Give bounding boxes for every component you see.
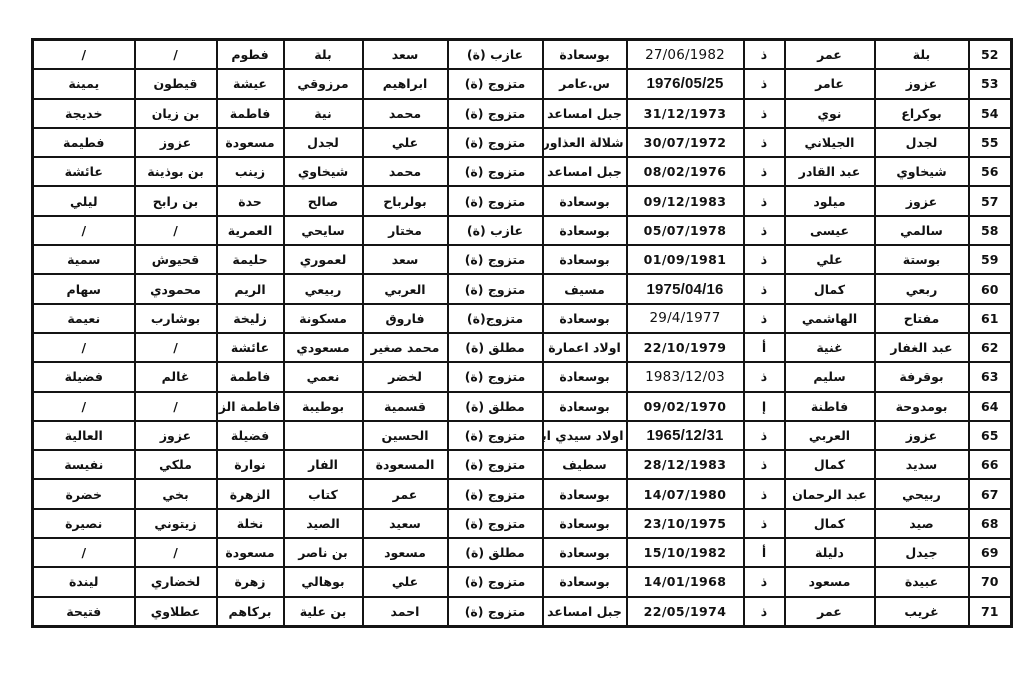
cell-letter: أ (744, 333, 785, 362)
table-row: 64بومدوحةفاطنةإ09/02/1970بوسعادةمطلق (ة)… (33, 392, 1012, 421)
cell-letter: ذ (744, 245, 785, 274)
table-row: 69جيدلدليلةأ15/10/1982بوسعادةمطلق (ة)مسع… (33, 538, 1012, 567)
cell-num: 55 (969, 128, 1012, 157)
cell-f4: عزوز (135, 421, 217, 450)
cell-letter: ذ (744, 40, 785, 70)
cell-f5: نصيرة (33, 509, 135, 538)
cell-f4: عزوز (135, 128, 217, 157)
cell-place: س.عامر (543, 69, 627, 98)
table-row: 70عبيدةمسعودذ14/01/1968بوسعادةمتزوج (ة)ع… (33, 567, 1012, 596)
cell-date: 22/05/1974 (627, 597, 744, 627)
cell-name1: مفتاح (875, 304, 969, 333)
cell-letter: ذ (744, 186, 785, 215)
records-table-body: 52بلةعمرذ27/06/1982بوسعادةعازب (ة)سعدبلة… (33, 40, 1012, 627)
cell-place: جبل امساعد (543, 157, 627, 186)
cell-date: 1983/12/03 (627, 362, 744, 391)
cell-f4: بن رابح (135, 186, 217, 215)
cell-status: متزوج (ة) (448, 99, 543, 128)
cell-f5: يمينة (33, 69, 135, 98)
cell-name2: دليلة (785, 538, 875, 567)
cell-f3: بركاهم (217, 597, 284, 627)
table-row: 58سالميعيسىذ05/07/1978بوسعادةعازب (ة)مخت… (33, 216, 1012, 245)
table-row: 60ربعيكمالذ1975/04/16مسيفمتزوج (ة)العربي… (33, 274, 1012, 303)
cell-date: 09/02/1970 (627, 392, 744, 421)
table-row: 59بوستةعليذ01/09/1981بوسعادةمتزوج (ة)سعد… (33, 245, 1012, 274)
cell-f5: خضرة (33, 479, 135, 508)
cell-status: متزوج (ة) (448, 274, 543, 303)
cell-place: بوسعادة (543, 216, 627, 245)
cell-num: 67 (969, 479, 1012, 508)
cell-f5: / (33, 216, 135, 245)
cell-num: 58 (969, 216, 1012, 245)
table-row: 66سديدكمالذ28/12/1983سطيفمتزوج (ة)المسعو… (33, 450, 1012, 479)
cell-place: بوسعادة (543, 186, 627, 215)
cell-f1: مسعود (363, 538, 448, 567)
cell-f4: عطلاوي (135, 597, 217, 627)
cell-date: 22/10/1979 (627, 333, 744, 362)
cell-f2: بن علية (284, 597, 363, 627)
cell-f1: محمد صغير (363, 333, 448, 362)
cell-f4: / (135, 392, 217, 421)
cell-name1: سديد (875, 450, 969, 479)
cell-place: بوسعادة (543, 479, 627, 508)
cell-name2: سليم (785, 362, 875, 391)
table-row: 68صيدكمالذ23/10/1975بوسعادةمتزوج (ة)سعيد… (33, 509, 1012, 538)
cell-letter: إ (744, 392, 785, 421)
cell-f2: شيخاوي (284, 157, 363, 186)
cell-name1: عزوز (875, 69, 969, 98)
cell-name1: صيد (875, 509, 969, 538)
cell-num: 70 (969, 567, 1012, 596)
cell-name1: عبد الغفار (875, 333, 969, 362)
cell-place: اولاد اعمارة (543, 333, 627, 362)
cell-date: 05/07/1978 (627, 216, 744, 245)
cell-f3: العمرية (217, 216, 284, 245)
cell-letter: ذ (744, 597, 785, 627)
cell-place: بوسعادة (543, 538, 627, 567)
cell-date: 09/12/1983 (627, 186, 744, 215)
cell-place: بوسعادة (543, 509, 627, 538)
table-row: 71غريبعمرذ22/05/1974جبل امساعدمتزوج (ة)ا… (33, 597, 1012, 627)
cell-f2: الصيد (284, 509, 363, 538)
cell-status: متزوج(ة) (448, 304, 543, 333)
cell-status: عازب (ة) (448, 40, 543, 70)
cell-f2: مرزوقي (284, 69, 363, 98)
cell-f4: / (135, 40, 217, 70)
cell-f3: زهرة (217, 567, 284, 596)
cell-place: شلالة العذاورة (543, 128, 627, 157)
cell-name1: بوقرفة (875, 362, 969, 391)
cell-num: 68 (969, 509, 1012, 538)
cell-name2: عمر (785, 597, 875, 627)
cell-name2: كمال (785, 274, 875, 303)
cell-f3: عيشة (217, 69, 284, 98)
cell-f5: نفيسة (33, 450, 135, 479)
cell-f3: نوارة (217, 450, 284, 479)
cell-place: جبل امساعد (543, 597, 627, 627)
cell-letter: ذ (744, 509, 785, 538)
cell-name1: بلة (875, 40, 969, 70)
cell-f3: نخلة (217, 509, 284, 538)
cell-f5: نعيمة (33, 304, 135, 333)
table-row: 52بلةعمرذ27/06/1982بوسعادةعازب (ة)سعدبلة… (33, 40, 1012, 70)
cell-name1: بوكراع (875, 99, 969, 128)
cell-name1: غريب (875, 597, 969, 627)
cell-f5: ليندة (33, 567, 135, 596)
cell-date: 1975/04/16 (627, 274, 744, 303)
cell-date: 1965/12/31 (627, 421, 744, 450)
cell-f2: صالح (284, 186, 363, 215)
cell-num: 59 (969, 245, 1012, 274)
cell-status: متزوج (ة) (448, 362, 543, 391)
cell-f1: سعيد (363, 509, 448, 538)
cell-place: سطيف (543, 450, 627, 479)
cell-date: 31/12/1973 (627, 99, 744, 128)
cell-letter: ذ (744, 304, 785, 333)
table-row: 67ربيحيعبد الرحمانذ14/07/1980بوسعادةمتزو… (33, 479, 1012, 508)
cell-date: 01/09/1981 (627, 245, 744, 274)
cell-date: 29/4/1977 (627, 304, 744, 333)
cell-num: 53 (969, 69, 1012, 98)
table-row: 63بوقرفةسليمذ1983/12/03بوسعادةمتزوج (ة)ل… (33, 362, 1012, 391)
cell-name2: فاطنة (785, 392, 875, 421)
table-row: 54بوكراعنويذ31/12/1973جبل امساعدمتزوج (ة… (33, 99, 1012, 128)
cell-f3: مسعودة (217, 538, 284, 567)
cell-date: 14/07/1980 (627, 479, 744, 508)
cell-num: 64 (969, 392, 1012, 421)
cell-f3: فاطمة (217, 362, 284, 391)
cell-f4: بوشارب (135, 304, 217, 333)
cell-status: متزوج (ة) (448, 421, 543, 450)
cell-f4: بن بوذينة (135, 157, 217, 186)
cell-f3: الريم (217, 274, 284, 303)
table-row: 55لجدلالجيلانيذ30/07/1972شلالة العذاورةم… (33, 128, 1012, 157)
cell-letter: ذ (744, 157, 785, 186)
cell-name2: مسعود (785, 567, 875, 596)
cell-f5: / (33, 538, 135, 567)
cell-f5: سهام (33, 274, 135, 303)
cell-status: متزوج (ة) (448, 186, 543, 215)
cell-f2: الفار (284, 450, 363, 479)
cell-f1: علي (363, 128, 448, 157)
cell-letter: ذ (744, 421, 785, 450)
cell-f2: نية (284, 99, 363, 128)
cell-name1: ربيحي (875, 479, 969, 508)
cell-name1: شيخاوي (875, 157, 969, 186)
cell-f1: فاروق (363, 304, 448, 333)
table-row: 62عبد الغفارغنيةأ22/10/1979اولاد اعمارةم… (33, 333, 1012, 362)
cell-f4: / (135, 216, 217, 245)
table-row: 61مفتاحالهاشميذ29/4/1977بوسعادةمتزوج(ة)ف… (33, 304, 1012, 333)
cell-f2: مسكونة (284, 304, 363, 333)
scanned-document-page: 52بلةعمرذ27/06/1982بوسعادةعازب (ة)سعدبلة… (0, 0, 1024, 689)
cell-num: 57 (969, 186, 1012, 215)
cell-f5: خديجة (33, 99, 135, 128)
cell-f4: بخي (135, 479, 217, 508)
cell-status: متزوج (ة) (448, 69, 543, 98)
cell-letter: ذ (744, 128, 785, 157)
cell-f5: سمية (33, 245, 135, 274)
cell-status: متزوج (ة) (448, 450, 543, 479)
cell-place: مسيف (543, 274, 627, 303)
cell-f1: علي (363, 567, 448, 596)
cell-f3: حدة (217, 186, 284, 215)
cell-status: متزوج (ة) (448, 597, 543, 627)
cell-status: متزوج (ة) (448, 128, 543, 157)
cell-f3: زينب (217, 157, 284, 186)
cell-name1: سالمي (875, 216, 969, 245)
cell-f5: العالية (33, 421, 135, 450)
cell-status: متزوج (ة) (448, 509, 543, 538)
cell-name1: عزوز (875, 186, 969, 215)
cell-letter: ذ (744, 567, 785, 596)
cell-place: اولاد سيدي ابراهيم (543, 421, 627, 450)
cell-num: 69 (969, 538, 1012, 567)
cell-f4: زيتوني (135, 509, 217, 538)
cell-f3: مسعودة (217, 128, 284, 157)
cell-letter: ذ (744, 69, 785, 98)
cell-num: 52 (969, 40, 1012, 70)
table-row: 56شيخاويعبد القادرذ08/02/1976جبل امساعدم… (33, 157, 1012, 186)
cell-date: 30/07/1972 (627, 128, 744, 157)
cell-name2: عمر (785, 40, 875, 70)
cell-date: 08/02/1976 (627, 157, 744, 186)
cell-date: 23/10/1975 (627, 509, 744, 538)
cell-f1: مختار (363, 216, 448, 245)
cell-f2: كتاب (284, 479, 363, 508)
cell-f5: فطيمة (33, 128, 135, 157)
table-row: 53عزوزعامرذ1976/05/25س.عامرمتزوج (ة)ابرا… (33, 69, 1012, 98)
cell-letter: ذ (744, 99, 785, 128)
cell-f1: عمر (363, 479, 448, 508)
table-row: 65عزوزالعربيذ1965/12/31اولاد سيدي ابراهي… (33, 421, 1012, 450)
cell-date: 1976/05/25 (627, 69, 744, 98)
cell-f3: الزهرة (217, 479, 284, 508)
cell-name2: عيسى (785, 216, 875, 245)
cell-letter: ذ (744, 362, 785, 391)
cell-letter: ذ (744, 479, 785, 508)
cell-name2: عبد القادر (785, 157, 875, 186)
cell-f1: ابراهيم (363, 69, 448, 98)
table-row: 57عزوزميلودذ09/12/1983بوسعادةمتزوج (ة)بو… (33, 186, 1012, 215)
cell-f1: احمد (363, 597, 448, 627)
cell-name1: ربعي (875, 274, 969, 303)
cell-f5: فضيلة (33, 362, 135, 391)
cell-f1: الحسين (363, 421, 448, 450)
cell-f1: سعد (363, 245, 448, 274)
cell-name2: عامر (785, 69, 875, 98)
cell-name1: بومدوحة (875, 392, 969, 421)
cell-f1: العربي (363, 274, 448, 303)
cell-f4: ملكي (135, 450, 217, 479)
cell-date: 27/06/1982 (627, 40, 744, 70)
cell-status: عازب (ة) (448, 216, 543, 245)
cell-place: بوسعادة (543, 40, 627, 70)
cell-name2: عبد الرحمان (785, 479, 875, 508)
cell-f2: بوهالي (284, 567, 363, 596)
cell-f1: محمد (363, 99, 448, 128)
cell-num: 63 (969, 362, 1012, 391)
cell-letter: ذ (744, 274, 785, 303)
cell-f1: محمد (363, 157, 448, 186)
cell-f3: عائشة (217, 333, 284, 362)
cell-f1: بولرباح (363, 186, 448, 215)
cell-f3: زليخة (217, 304, 284, 333)
cell-f1: المسعودة (363, 450, 448, 479)
cell-f2: مسعودي (284, 333, 363, 362)
cell-num: 65 (969, 421, 1012, 450)
cell-num: 66 (969, 450, 1012, 479)
cell-name2: العربي (785, 421, 875, 450)
cell-f1: قسمية (363, 392, 448, 421)
cell-place: بوسعادة (543, 304, 627, 333)
cell-f4: محمودي (135, 274, 217, 303)
cell-f5: فتيحة (33, 597, 135, 627)
cell-f3: فضيلة (217, 421, 284, 450)
cell-f4: / (135, 333, 217, 362)
cell-f3: فطوم (217, 40, 284, 70)
cell-name2: نوي (785, 99, 875, 128)
cell-f5: / (33, 333, 135, 362)
cell-name2: الهاشمي (785, 304, 875, 333)
cell-date: 15/10/1982 (627, 538, 744, 567)
cell-name1: لجدل (875, 128, 969, 157)
cell-f4: غالم (135, 362, 217, 391)
cell-num: 56 (969, 157, 1012, 186)
cell-num: 71 (969, 597, 1012, 627)
cell-f1: لخضر (363, 362, 448, 391)
cell-status: مطلق (ة) (448, 392, 543, 421)
cell-place: بوسعادة (543, 392, 627, 421)
cell-num: 61 (969, 304, 1012, 333)
cell-date: 28/12/1983 (627, 450, 744, 479)
cell-status: متزوج (ة) (448, 157, 543, 186)
cell-place: بوسعادة (543, 567, 627, 596)
cell-status: مطلق (ة) (448, 538, 543, 567)
cell-status: متزوج (ة) (448, 245, 543, 274)
cell-f2: لعموري (284, 245, 363, 274)
cell-f2: ربيعي (284, 274, 363, 303)
civil-registry-table: 52بلةعمرذ27/06/1982بوسعادةعازب (ة)سعدبلة… (31, 38, 1013, 628)
cell-f3: فاطمة الزهرة (217, 392, 284, 421)
cell-f4: قحيوش (135, 245, 217, 274)
cell-name2: كمال (785, 450, 875, 479)
cell-name1: عزوز (875, 421, 969, 450)
cell-f1: سعد (363, 40, 448, 70)
cell-date: 14/01/1968 (627, 567, 744, 596)
cell-num: 62 (969, 333, 1012, 362)
cell-f4: قيطون (135, 69, 217, 98)
cell-name2: علي (785, 245, 875, 274)
cell-name2: الجيلاني (785, 128, 875, 157)
cell-status: متزوج (ة) (448, 567, 543, 596)
cell-place: جبل امساعد (543, 99, 627, 128)
cell-name1: جيدل (875, 538, 969, 567)
cell-f5: عائشة (33, 157, 135, 186)
cell-f5: / (33, 392, 135, 421)
cell-f2: بن ناصر (284, 538, 363, 567)
cell-num: 54 (969, 99, 1012, 128)
cell-f4: لخضاري (135, 567, 217, 596)
cell-num: 60 (969, 274, 1012, 303)
cell-name1: عبيدة (875, 567, 969, 596)
cell-f2: سايحي (284, 216, 363, 245)
cell-f5: / (33, 40, 135, 70)
cell-letter: أ (744, 538, 785, 567)
cell-name2: كمال (785, 509, 875, 538)
cell-f2: لجدل (284, 128, 363, 157)
cell-f2: بوطيبة (284, 392, 363, 421)
cell-f4: / (135, 538, 217, 567)
cell-letter: ذ (744, 450, 785, 479)
cell-name2: ميلود (785, 186, 875, 215)
cell-name2: غنية (785, 333, 875, 362)
cell-f5: ليلي (33, 186, 135, 215)
cell-letter: ذ (744, 216, 785, 245)
cell-f2: بلة (284, 40, 363, 70)
cell-status: مطلق (ة) (448, 333, 543, 362)
cell-name1: بوستة (875, 245, 969, 274)
cell-place: بوسعادة (543, 245, 627, 274)
cell-f3: فاطمة (217, 99, 284, 128)
cell-f2 (284, 421, 363, 450)
cell-place: بوسعادة (543, 362, 627, 391)
cell-status: متزوج (ة) (448, 479, 543, 508)
cell-f2: نعمي (284, 362, 363, 391)
cell-f4: بن زيان (135, 99, 217, 128)
cell-f3: حليمة (217, 245, 284, 274)
